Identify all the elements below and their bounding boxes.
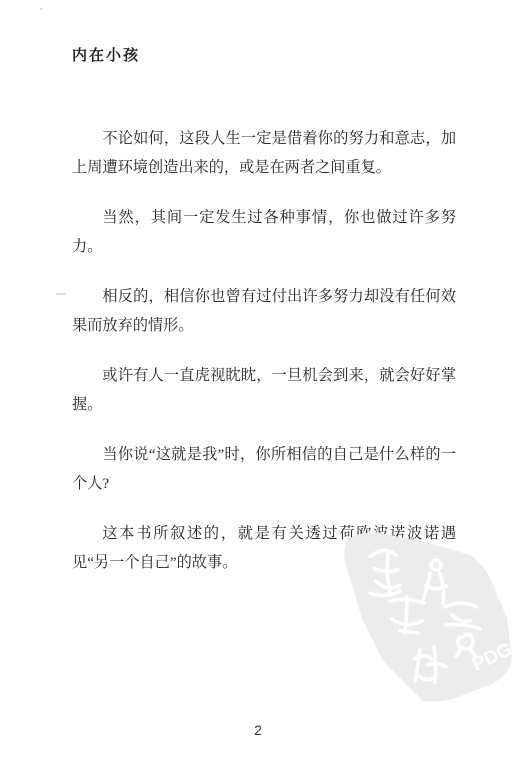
paragraph: 这本书所叙述的，就是有关透过荷欧波诺波诺遇见“另一个自己”的故事。 — [72, 519, 456, 577]
paragraph: 或许有人一直虎视眈眈，一旦机会到来，就会好好掌握。 — [72, 361, 456, 419]
paragraph: 当然，其间一定发生过各种事情，你也做过许多努力。 — [72, 203, 456, 261]
body-text: 不论如何，这段人生一定是借着你的努力和意志，加上周遭环境创造出来的，或是在两者之… — [72, 124, 456, 598]
page-number: 2 — [0, 722, 516, 738]
scan-dash-artifact — [56, 293, 66, 295]
running-header: 内在小孩 — [72, 44, 140, 65]
paragraph: 不论如何，这段人生一定是借着你的努力和意志，加上周遭环境创造出来的，或是在两者之… — [72, 124, 456, 182]
paragraph: 当你说“这就是我”时，你所相信的自己是什么样的一个人? — [72, 440, 456, 498]
scan-speck — [40, 8, 43, 10]
paragraph: 相反的，相信你也曾有过付出许多努力却没有任何效果而放弃的情形。 — [72, 282, 456, 340]
pdg-label: PDG — [469, 639, 515, 675]
book-page: 内在小孩 不论如何，这段人生一定是借着你的努力和意志，加上周遭环境创造出来的，或… — [0, 0, 516, 765]
